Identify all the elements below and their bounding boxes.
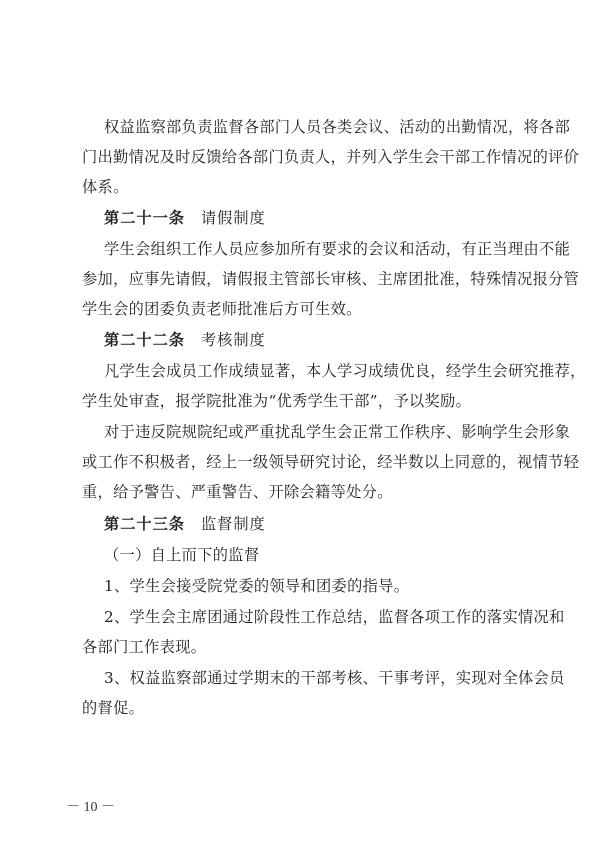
article-number: 第二十一条 xyxy=(104,209,185,227)
paragraph-line: 体系。 xyxy=(82,172,129,202)
paragraph-line: 的督促。 xyxy=(82,693,144,723)
list-item-1: 1、学生会接受院党委的领导和团委的指导。 xyxy=(104,571,409,601)
subheading: （一）自上而下的监督 xyxy=(104,540,259,570)
article-heading-23: 第二十三条监督制度 xyxy=(104,509,266,539)
paragraph-line: 学生处审查，报学院批准为“优秀学生干部”，予以奖励。 xyxy=(82,386,471,416)
paragraph-line: 学生会组织工作人员应参加所有要求的会议和活动，有正当理由不能 xyxy=(104,234,570,264)
article-title: 监督制度 xyxy=(201,515,266,533)
article-heading-21: 第二十一条请假制度 xyxy=(104,203,266,233)
paragraph-line: 参加，应事先请假，请假报主管部长审核、主席团批准，特殊情况报分管 xyxy=(82,264,579,294)
article-number: 第二十三条 xyxy=(104,515,185,533)
page-number: － 10 － xyxy=(66,796,115,816)
paragraph-line: 权益监察部负责监督各部门人员各类会议、活动的出勤情况，将各部 xyxy=(104,112,570,142)
paragraph-line: 各部门工作表现。 xyxy=(82,632,206,662)
list-item-2: 2、学生会主席团通过阶段性工作总结，监督各项工作的落实情况和 xyxy=(104,602,565,632)
article-heading-22: 第二十二条考核制度 xyxy=(104,325,266,355)
paragraph-line: 凡学生会成员工作成绩显著，本人学习成绩优良，经学生会研究推荐， xyxy=(104,356,586,386)
article-title: 考核制度 xyxy=(201,331,266,349)
article-number: 第二十二条 xyxy=(104,331,185,349)
article-title: 请假制度 xyxy=(201,209,266,227)
paragraph-line: 学生会的团委负责老师批准后方可生效。 xyxy=(82,294,362,324)
paragraph-line: 重，给予警告、严重警告、开除会籍等处分。 xyxy=(82,477,393,507)
paragraph-line: 或工作不积极者，经上一级领导研究讨论，经半数以上同意的，视情节轻 xyxy=(82,447,579,477)
paragraph-line: 对于违反院规院纪或严重扰乱学生会正常工作秩序、影响学生会形象 xyxy=(104,417,570,447)
list-item-3: 3、权益监察部通过学期末的干部考核、干事考评，实现对全体会员 xyxy=(104,663,565,693)
paragraph-line: 门出勤情况及时反馈给各部门负责人，并列入学生会干部工作情况的评价 xyxy=(82,142,579,172)
